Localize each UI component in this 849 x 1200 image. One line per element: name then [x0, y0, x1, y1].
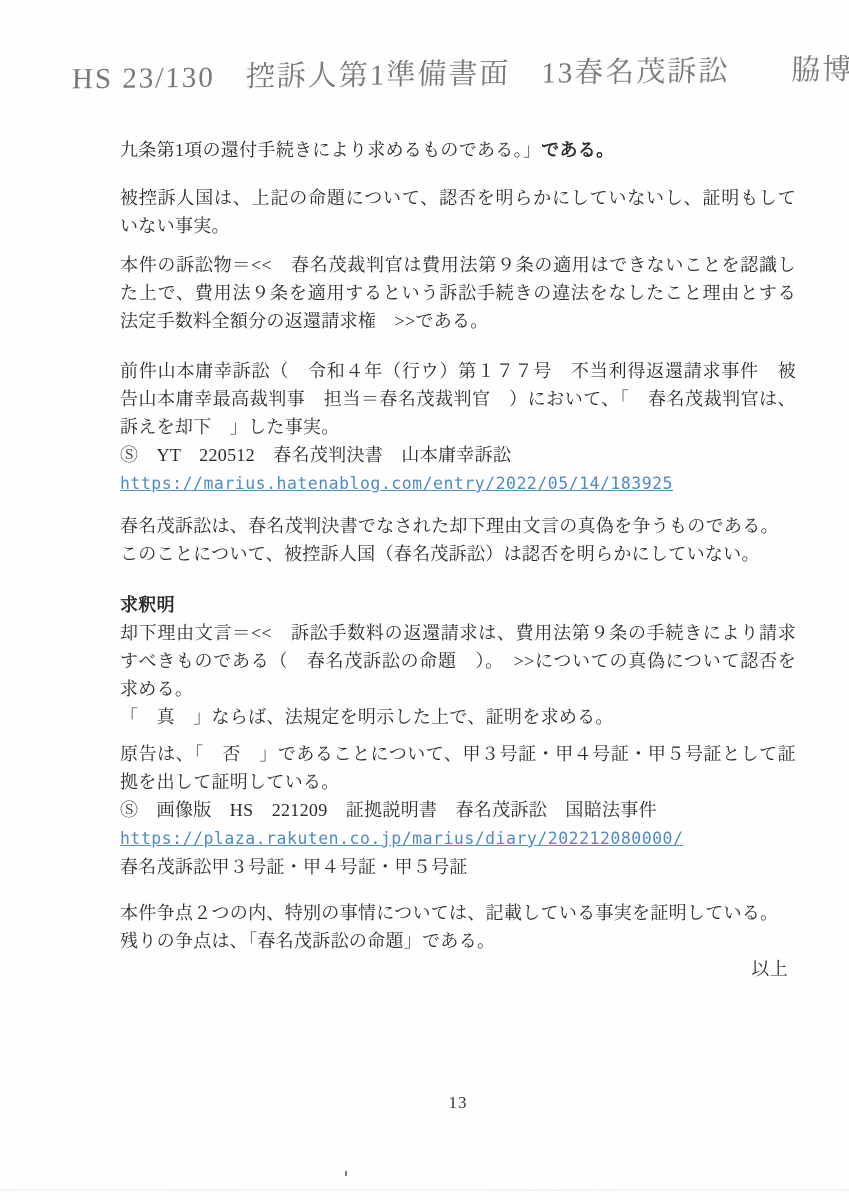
paragraph-plaintiff-evidence: 原告は、「 否 」であることについて、甲３号証・甲４号証・甲５号証として証拠を出…	[120, 740, 796, 796]
paragraph-appellee-no-admission: 被控訴人国は、上記の命題について、認否を明らかにしていないし、証明もしていない事…	[120, 184, 796, 240]
reference-yt-220512: Ⓢ YT 220512 春名茂判決書 山本庸幸訴訟	[120, 441, 796, 469]
paragraph-refund-procedure: 九条第1項の還付手続きにより求めるものである。」である。	[120, 136, 796, 164]
paragraph-refund-procedure-text: 九条第1項の還付手続きにより求めるものである。」	[120, 140, 541, 160]
paragraph-haruna-suit-line2: このことについて、被控訴人国（春名茂訴訟）は認否を明らかにしていない。	[120, 540, 796, 568]
closing-ijou: 以上	[120, 955, 796, 983]
paragraph-dismissal-reason: 却下理由文言＝<< 訴訟手数料の返還請求は、費用法第９条の手続きにより請求すべき…	[120, 619, 796, 703]
handwritten-annotation: HS 23/130 控訴人第1準備書面 13春名茂訴訟 脇博人裁判官	[72, 48, 793, 98]
hatenablog-link[interactable]: https://marius.hatenablog.com/entry/2022…	[120, 470, 673, 498]
page-number: 13	[120, 1093, 796, 1113]
paragraph-issues-line1: 本件争点２つの内、特別の事情については、記載している事実を証明している。	[120, 899, 796, 927]
paragraph-haruna-suit-line1: 春名茂訴訟は、春名茂判決書でなされた却下理由文言の真偽を争うものである。	[120, 512, 796, 540]
scan-edge-artifact-line	[0, 1189, 849, 1191]
reference-hs-221209: Ⓢ 画像版 HS 221209 証拠説明書 春名茂訴訟 国賠法事件	[120, 796, 796, 824]
paragraph-if-true: 「 真 」ならば、法規定を明示した上で、証明を求める。	[120, 703, 796, 731]
link-line-rakuten: https://plaza.rakuten.co.jp/marius/diary…	[120, 824, 796, 853]
paragraph-exhibits-list: 春名茂訴訟甲３号証・甲４号証・甲５号証	[120, 853, 796, 881]
paragraph-refund-procedure-bold: である。	[541, 140, 614, 160]
document-body: 九条第1項の還付手続きにより求めるものである。」である。 被控訴人国は、上記の命…	[120, 136, 796, 983]
paragraph-issues-line2: 残りの争点は、「春名茂訴訟の命題」である。	[120, 927, 796, 955]
link-line-hatenablog: https://marius.hatenablog.com/entry/2022…	[120, 469, 796, 498]
heading-kyushakumei: 求釈明	[120, 591, 796, 619]
scan-speck-artifact	[345, 1171, 347, 1176]
rakuten-link[interactable]: https://plaza.rakuten.co.jp/marius/diary…	[120, 825, 683, 853]
paragraph-prior-yamamoto-case: 前件山本庸幸訴訟（ 令和４年（行ウ）第１７７号 不当利得返還請求事件 被告山本庸…	[120, 357, 796, 441]
document-page: { "document": { "handwritten_note": "HS …	[0, 0, 849, 1200]
paragraph-subject-of-suit: 本件の訴訟物＝<< 春名茂裁判官は費用法第９条の適用はできないことを認識した上で…	[120, 251, 796, 335]
